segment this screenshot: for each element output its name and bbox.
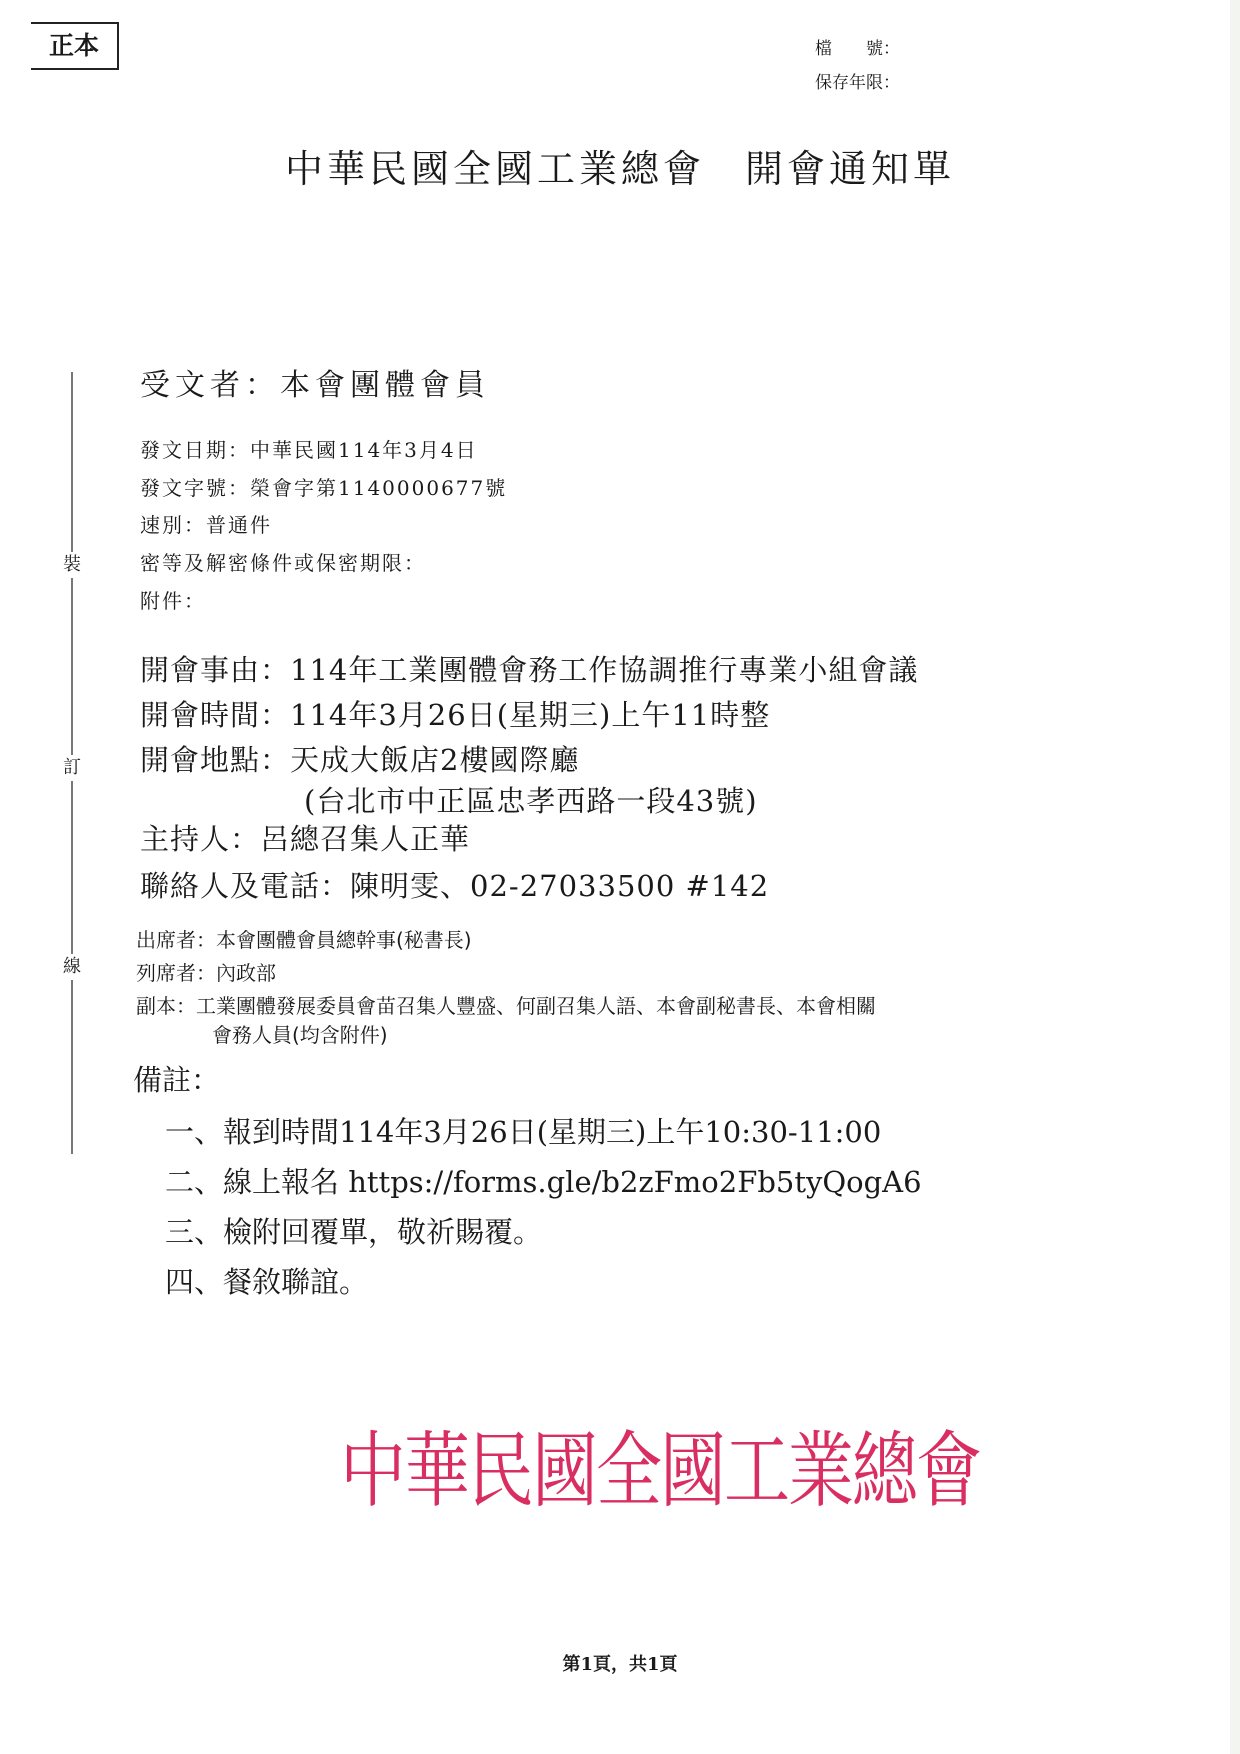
remarks-label: 備註：	[133, 1058, 220, 1099]
remark-item-4: 四、餐敘聯誼。	[165, 1260, 368, 1301]
issue-number: 發文字號：榮會字第1140000677號	[140, 472, 507, 501]
remark-item-2[interactable]: 二、線上報名 https://forms.gle/b2zFmo2Fb5tyQog…	[165, 1160, 922, 1201]
title-doc-type: 開會通知單	[745, 147, 955, 191]
priority: 速別：普通件	[140, 509, 272, 538]
cc-line-1: 副本：工業團體發展委員會苗召集人豐盛、何副召集人語、本會副秘書長、本會相關	[136, 994, 876, 1018]
copy-type-box: 正本	[31, 22, 119, 70]
meeting-subject: 開會事由：114年工業團體會務工作協調推行專業小組會議	[140, 648, 918, 689]
title-org: 中華民國全國工業總會	[285, 147, 705, 191]
location-line-1: 開會地點：天成大飯店2樓國際廳	[140, 743, 579, 777]
issue-date: 發文日期：中華民國114年3月4日	[140, 434, 478, 463]
carbon-copy: 副本：工業團體發展委員會苗召集人豐盛、何副召集人語、本會副秘書長、本會相關 會務…	[136, 990, 876, 1048]
binding-mark-xian: 線	[58, 954, 86, 980]
meeting-time: 開會時間：114年3月26日(星期三)上午11時整	[140, 693, 770, 734]
binding-mark-ding: 訂	[58, 755, 86, 781]
attachments: 附件：	[140, 585, 206, 614]
remark-item-1: 一、報到時間114年3月26日(星期三)上午10:30-11:00	[165, 1110, 881, 1151]
cc-line-2: 會務人員(均含附件)	[136, 1019, 876, 1048]
location-line-2: (台北市中正區忠孝西路一段43號)	[140, 779, 758, 820]
observers: 列席者：內政部	[136, 957, 276, 986]
meeting-chair: 主持人：呂總召集人正華	[140, 817, 470, 858]
binding-mark-zhuang: 裝	[58, 552, 86, 578]
scan-edge	[1230, 0, 1240, 1754]
recipient: 受文者：本會團體會員	[140, 360, 490, 404]
classification: 密等及解密條件或保密期限：	[140, 547, 426, 576]
document-title: 中華民國全國工業總會開會通知單	[0, 138, 1240, 193]
attendees: 出席者：本會團體會員總幹事(秘書長)	[136, 924, 472, 953]
remark-item-3: 三、檢附回覆單，敬祈賜覆。	[165, 1210, 542, 1251]
page-number: 第1頁，共1頁	[0, 1650, 1240, 1676]
contact-person: 聯絡人及電話：陳明雯、02-27033500 #142	[140, 864, 769, 905]
organization-seal-stamp: 中華民國全國工業總會	[340, 1404, 980, 1523]
file-number-label: 檔 號：	[815, 34, 900, 59]
retention-period-label: 保存年限：	[815, 68, 900, 93]
meeting-location: 開會地點：天成大飯店2樓國際廳 (台北市中正區忠孝西路一段43號)	[140, 738, 758, 820]
